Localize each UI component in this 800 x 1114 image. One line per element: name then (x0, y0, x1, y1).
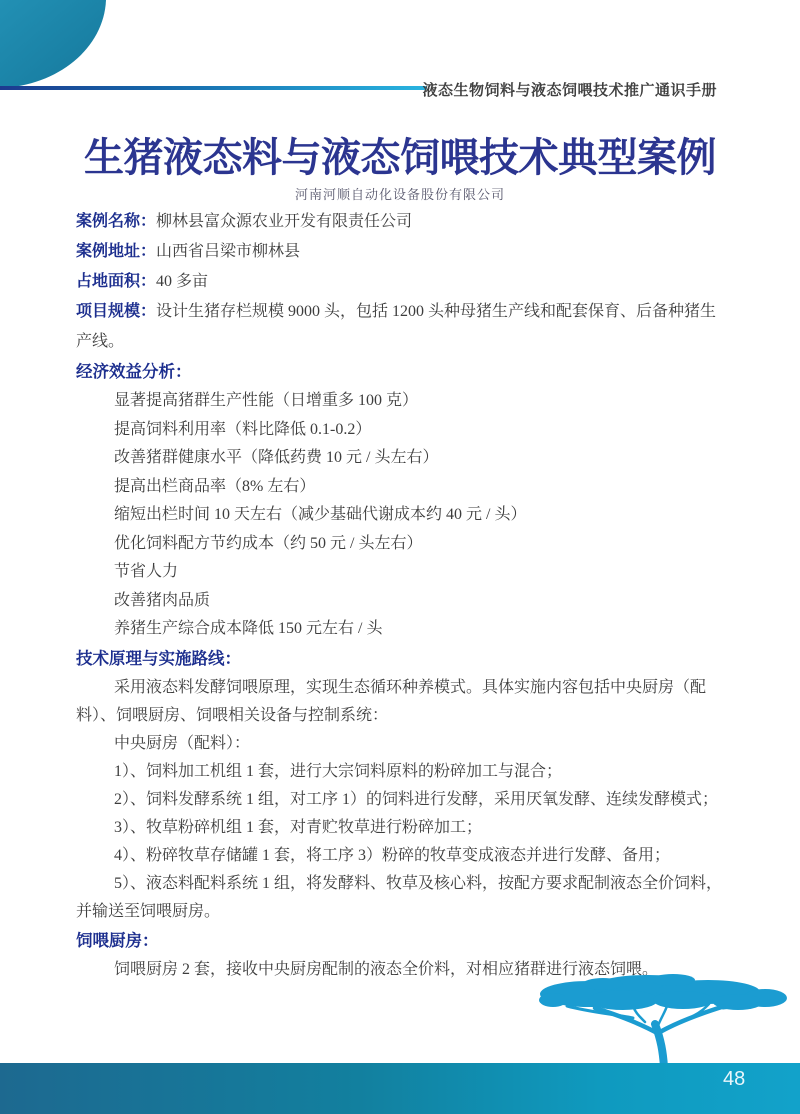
bullet-item: 改善猪肉品质 (76, 587, 724, 616)
corner-decoration (0, 0, 106, 88)
acacia-tree-graphic (533, 972, 791, 1067)
bullet-item: 提高饲料利用率（料比降低 0.1-0.2） (76, 416, 724, 445)
section-heading-economic: 经济效益分析： (76, 357, 724, 387)
footer-bar (0, 1063, 800, 1114)
paragraph: 4）、粉碎牧草存储罐 1 套，将工序 3）粉碎的牧草变成液态并进行发酵、备用； (76, 842, 724, 870)
field-label: 项目规模： (76, 303, 156, 320)
paragraph: 5）、液态料配料系统 1 组，将发酵料、牧草及核心料，按配方要求配制液态全价饲料… (76, 870, 724, 926)
paragraph: 1）、饲料加工机组 1 套，进行大宗饲料原料的粉碎加工与混合； (76, 758, 724, 786)
bullet-item: 显著提高猪群生产性能（日增重多 100 克） (76, 387, 724, 416)
bullet-item: 节省人力 (76, 558, 724, 587)
header-rule (0, 86, 427, 90)
paragraph: 采用液态料发酵饲喂原理，实现生态循环种养模式。具体实施内容包括中央厨房（配料）、… (76, 674, 724, 730)
paragraph: 中央厨房（配料）： (76, 730, 724, 758)
bullet-item: 提高出栏商品率（8% 左右） (76, 473, 724, 502)
company-subtitle: 河南河顺自动化设备股份有限公司 (0, 184, 800, 203)
section-heading-technical: 技术原理与实施路线： (76, 644, 724, 674)
field-label: 占地面积： (76, 273, 156, 290)
page-number: 48 (723, 1068, 745, 1091)
field-case-name: 案例名称：柳林县富众源农业开发有限责任公司 (76, 207, 724, 237)
bullet-item: 优化饲料配方节约成本（约 50 元 / 头左右） (76, 530, 724, 559)
field-case-address: 案例地址：山西省吕梁市柳林县 (76, 237, 724, 267)
field-label: 案例名称： (76, 213, 156, 230)
document-page: 液态生物饲料与液态饲喂技术推广通识手册 生猪液态料与液态饲喂技术典型案例 河南河… (0, 0, 800, 1114)
field-value: 柳林县富众源农业开发有限责任公司 (156, 213, 412, 230)
bullet-item: 改善猪群健康水平（降低药费 10 元 / 头左右） (76, 444, 724, 473)
bullet-item: 缩短出栏时间 10 天左右（减少基础代谢成本约 40 元 / 头） (76, 501, 724, 530)
page-title: 生猪液态料与液态饲喂技术典型案例 (0, 126, 800, 183)
field-land-area: 占地面积：40 多亩 (76, 267, 724, 297)
field-label: 案例地址： (76, 243, 156, 260)
booklet-title: 液态生物饲料与液态饲喂技术推广通识手册 (422, 79, 717, 100)
field-value: 40 多亩 (156, 273, 208, 290)
paragraph: 2）、饲料发酵系统 1 组，对工序 1）的饲料进行发酵，采用厌氧发酵、连续发酵模… (76, 786, 724, 814)
field-value: 山西省吕梁市柳林县 (156, 243, 300, 260)
section-heading-feeding: 饲喂厨房： (76, 926, 724, 956)
field-value: 设计生猪存栏规模 9000 头，包括 1200 头种母猪生产线和配套保育、后备种… (76, 303, 716, 350)
body-text: 案例名称：柳林县富众源农业开发有限责任公司 案例地址：山西省吕梁市柳林县 占地面… (76, 207, 724, 984)
field-project-scale: 项目规模：设计生猪存栏规模 9000 头，包括 1200 头种母猪生产线和配套保… (76, 297, 724, 357)
paragraph: 3）、牧草粉碎机组 1 套，对青贮牧草进行粉碎加工； (76, 814, 724, 842)
bullet-item: 养猪生产综合成本降低 150 元左右 / 头 (76, 615, 724, 644)
